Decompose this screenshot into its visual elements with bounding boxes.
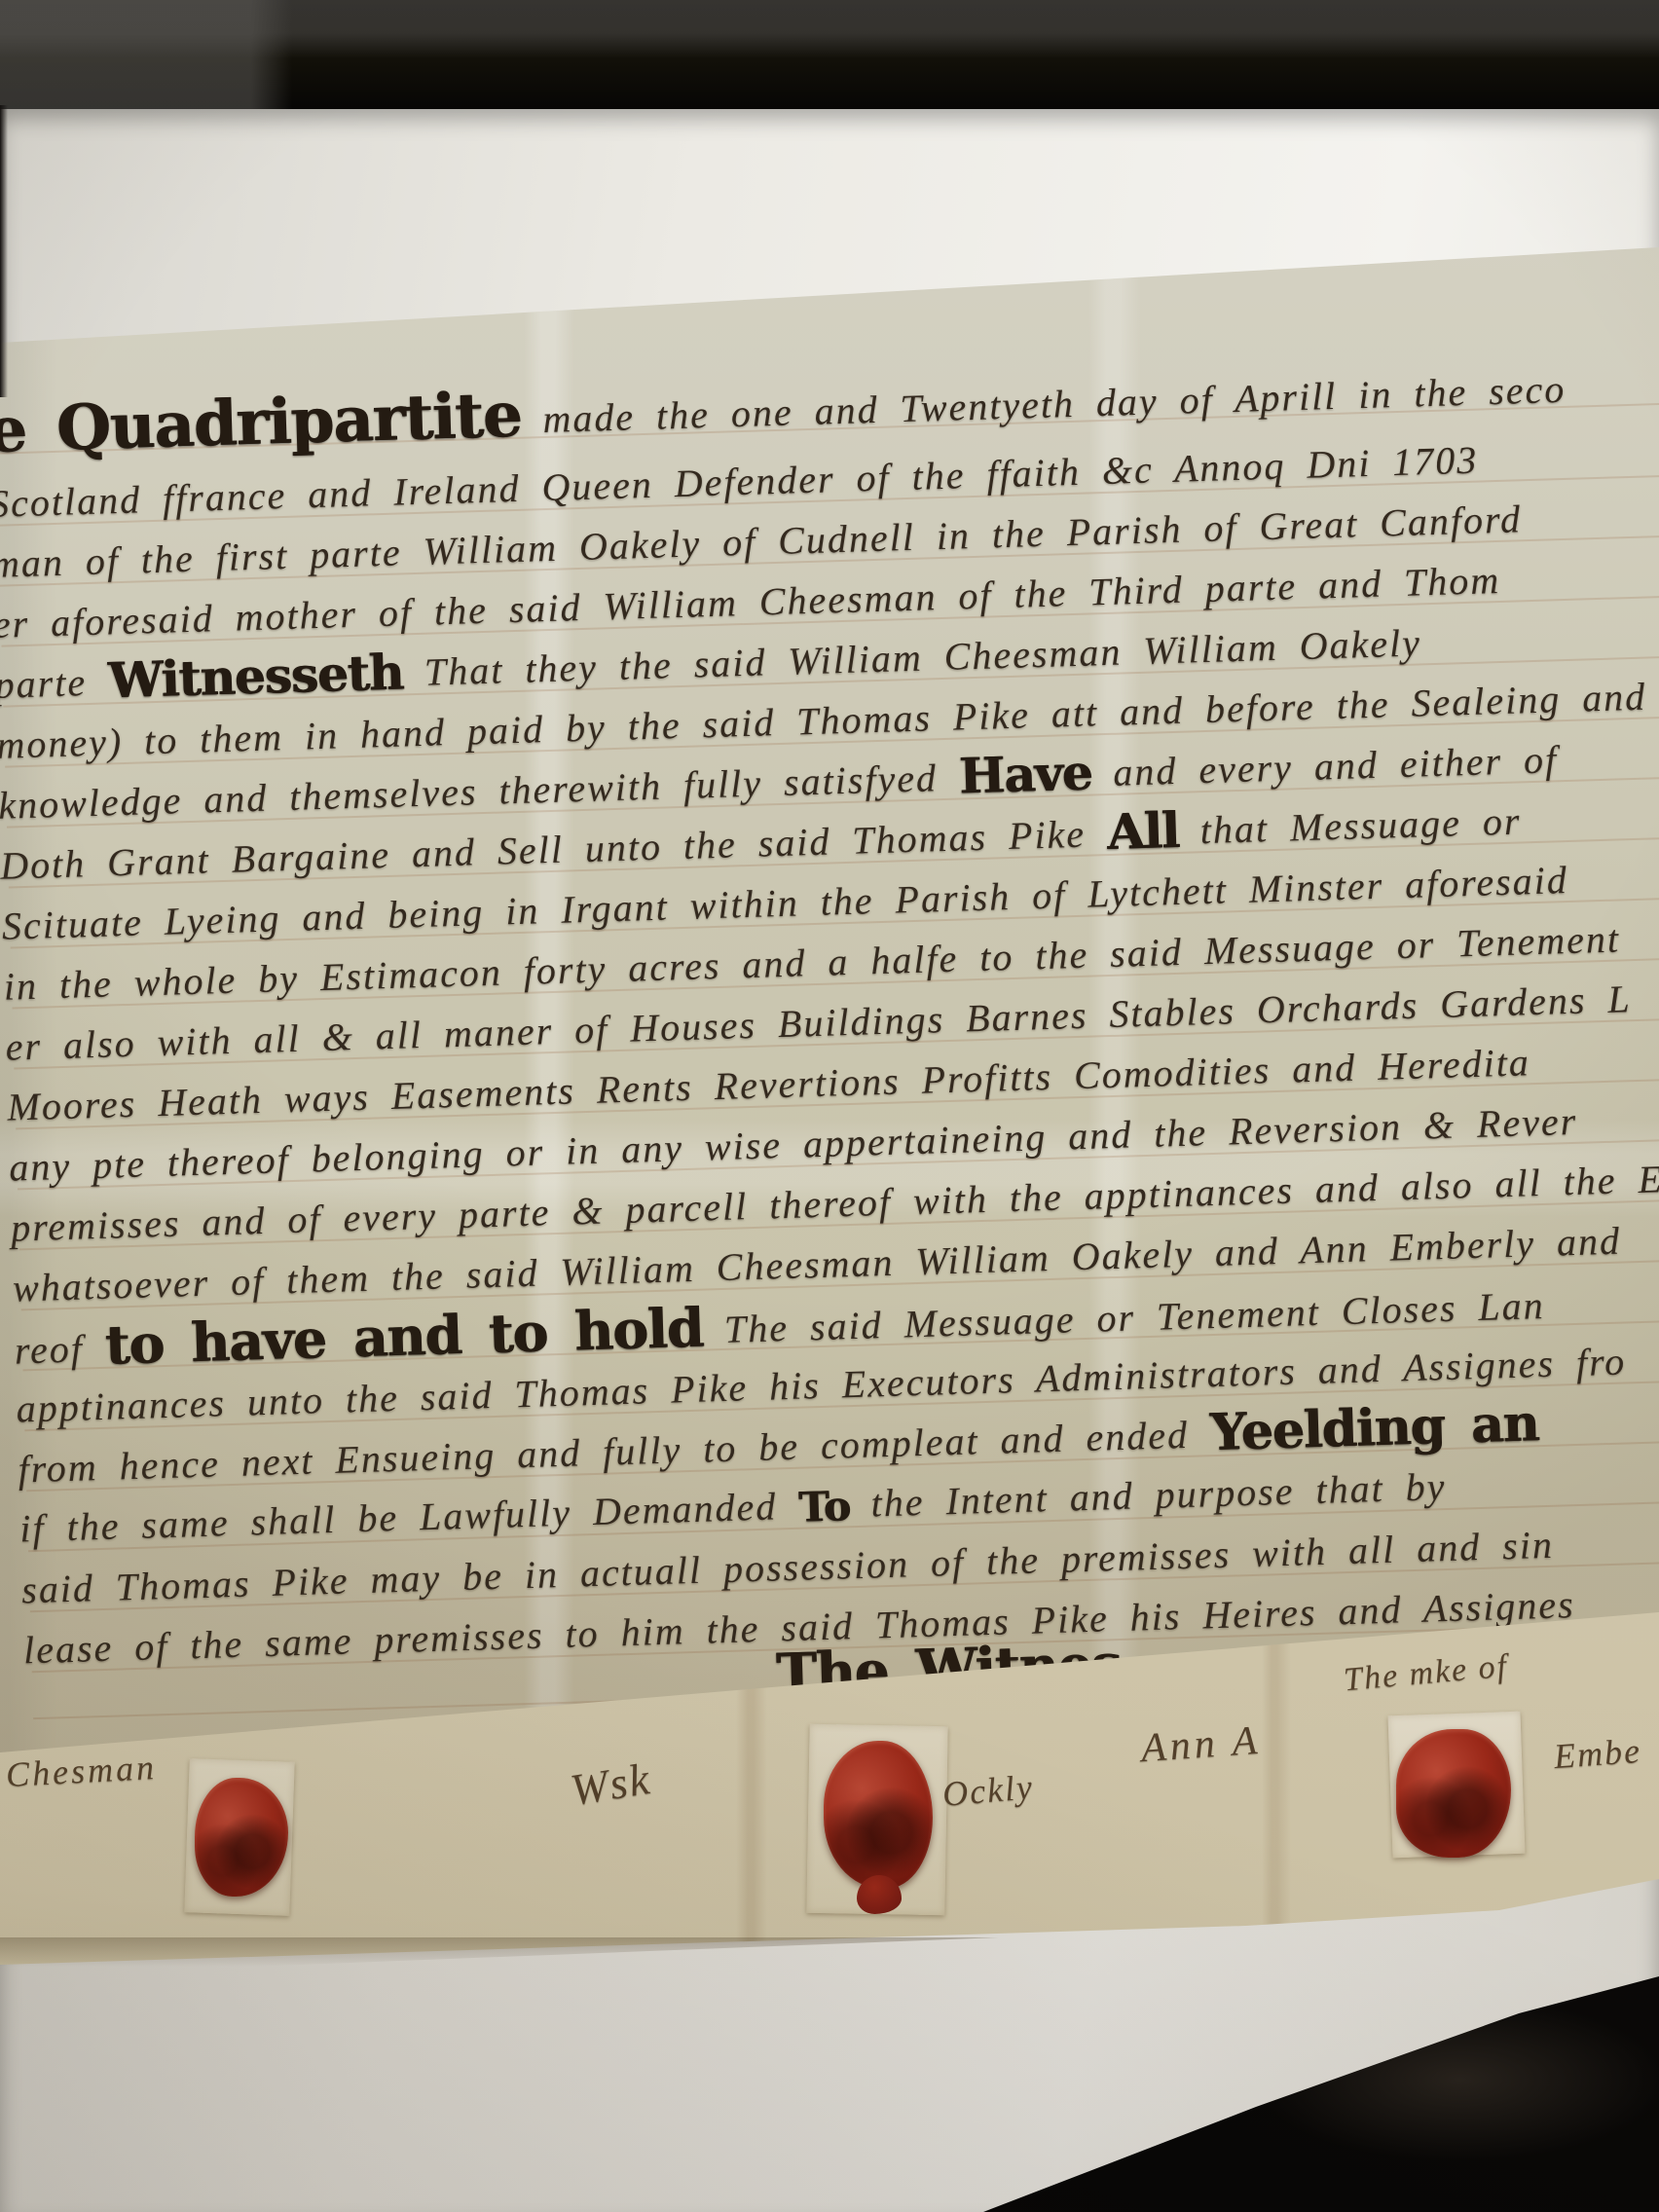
blackletter-word: To	[798, 1482, 851, 1531]
signature-emberly: Embe	[1553, 1730, 1643, 1777]
wax-seal-center	[824, 1741, 933, 1889]
frame-top	[0, 0, 1659, 109]
line-text: reof	[14, 1326, 105, 1373]
blackletter-word: e Quadripartite	[0, 379, 522, 467]
signature-oakely: Ockly	[940, 1766, 1035, 1815]
line-text: and every and either of	[1091, 737, 1559, 794]
blackletter-word: Witnesseth	[107, 643, 404, 709]
blackletter-word: All	[1106, 801, 1180, 861]
line-text: the Intent and purpose that by	[849, 1464, 1447, 1526]
frame-left-edge	[0, 105, 8, 397]
wax-seal-right	[1396, 1729, 1511, 1858]
signature-cheesman: Chesman	[5, 1747, 158, 1795]
line-text: that Messuage or	[1178, 798, 1522, 852]
framed-deed-photo: e Quadripartite made the one and Twentye…	[0, 0, 1659, 2212]
signature-ann: Ann A	[1139, 1717, 1262, 1772]
deed-text-block: e Quadripartite made the one and Twentye…	[0, 347, 1659, 1726]
blackletter-word: Yeelding an	[1209, 1393, 1539, 1462]
line-text: parte	[0, 659, 109, 706]
blackletter-word: Have	[958, 744, 1092, 805]
